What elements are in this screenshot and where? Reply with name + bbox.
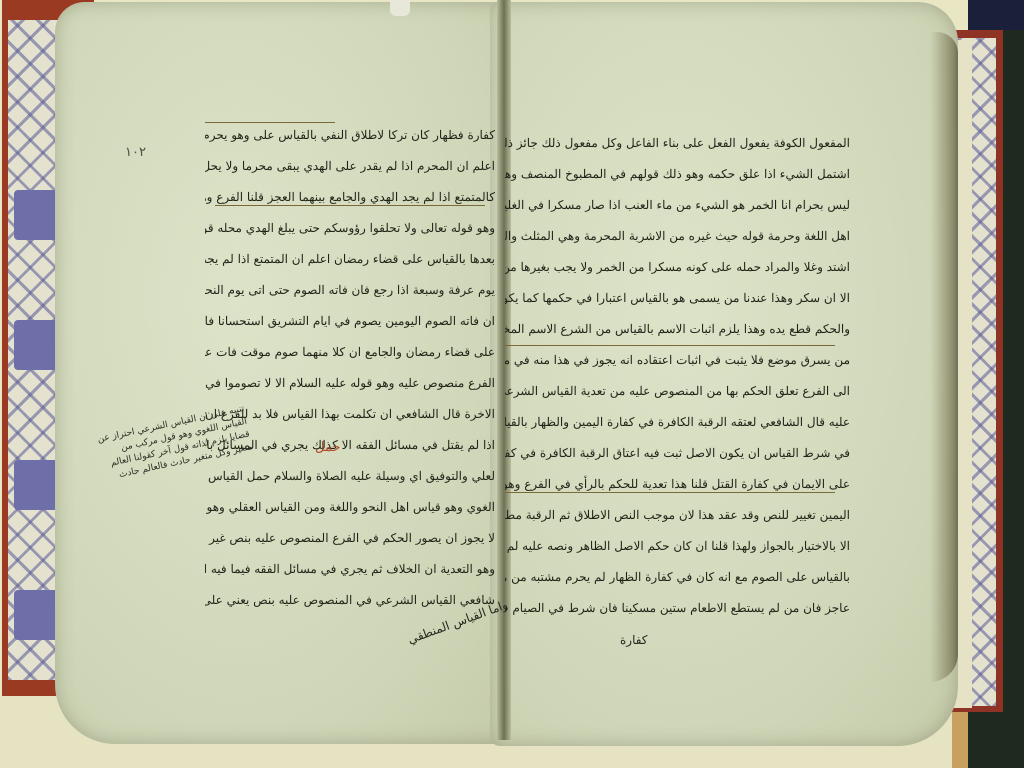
text-line: يوم عرفة وسبعة اذا رجع فان فاته الصوم حت… (205, 275, 495, 306)
text-line: كالمتمتع اذا لم يجد الهدي والجامع بينهما… (205, 182, 495, 213)
right-page-text: المفعول الكوفة يفعول الفعل على بناء الفا… (505, 128, 850, 624)
text-line: الغوي وهو قياس اهل النحو واللغة ومن القي… (205, 492, 495, 523)
rule-line (205, 122, 335, 123)
text-line: وهو قوله تعالى ولا تحلقوا رؤوسكم حتى يبل… (205, 213, 495, 244)
text-line: بعدها بالقياس على قضاء رمضان اعلم ان الم… (205, 244, 495, 275)
text-line: اليمين تغيير للنص وقد عقد هذا لان موجب ا… (505, 500, 850, 531)
text-line: اعلم ان المحرم اذا لم يقدر على الهدي يبق… (205, 151, 495, 182)
text-line: على قضاء رمضان والجامع ان كلا منهما صوم … (205, 337, 495, 368)
text-line: الا بالاختيار بالجواز ولهذا قلنا ان كان … (505, 531, 850, 562)
red-ink-word: حمل (315, 440, 340, 455)
text-line: ليس بحرام انا الخمر هو الشيء من ماء العن… (505, 190, 850, 221)
rule-line (215, 205, 485, 206)
text-line: عاجز فان من لم يستطع الاطعام ستين مسكينا… (505, 593, 850, 624)
text-line: شافعي القياس الشرعي في المنصوص عليه بنص … (205, 585, 495, 616)
text-line: اشتد وغلا والمراد حمله على كونه مسكرا من… (505, 252, 850, 283)
text-line: الاخرة قال الشافعي ان تكلمت بهذا القياس … (205, 399, 495, 430)
dark-background-top (968, 0, 1024, 30)
text-line: الفرع منصوص عليه وهو قوله عليه السلام ال… (205, 368, 495, 399)
text-line: الى الفرع تعلق الحكم بها من المنصوص عليه… (505, 376, 850, 407)
text-line: على الايمان في كفارة القتل قلنا هذا تعدي… (505, 469, 850, 500)
text-line: عليه قال الشافعي لعتقه الرقبة الكافرة في… (505, 407, 850, 438)
text-line: ان فاته الصوم اليومين يصوم في ايام التشر… (205, 306, 495, 337)
text-line: اشتمل الشيء اذا علق حكمه وهو ذلك قولهم ف… (505, 159, 850, 190)
text-line: في شرط القياس ان يكون الاصل ثبت فيه اعتا… (505, 438, 850, 469)
text-line: اهل اللغة وحرمة قوله حيث غيره من الاشربة… (505, 221, 850, 252)
text-line: الا ان سكر وهذا عندنا من يسمى هو بالقياس… (505, 283, 850, 314)
text-line: لا يجوز ان يصور الحكم في الفرع المنصوص ع… (205, 523, 495, 554)
text-line: بالقياس على الصوم مع انه كان في كفارة ال… (505, 562, 850, 593)
text-line: من يسرق موضع فلا يثبت في اثبات اعتقاده ا… (505, 345, 850, 376)
bookmark-strip (390, 0, 410, 16)
right-catchword: كفارة (620, 633, 648, 647)
text-line: وهو التعدية ان الخلاف ثم يجري في مسائل ا… (205, 554, 495, 585)
text-line: لعلي والتوفيق اي وسيلة عليه الصلاة والسل… (205, 461, 495, 492)
folio-mark: ١٠٢ (125, 145, 146, 160)
text-line: والحكم قطع يده وهذا يلزم اثبات الاسم بال… (505, 314, 850, 345)
text-line: المفعول الكوفة يفعول الفعل على بناء الفا… (505, 128, 850, 159)
text-line: كفارة فظهار كان تركا لاطلاق النفي بالقيا… (205, 120, 495, 151)
wooden-edge (952, 706, 968, 768)
left-page-text: كفارة فظهار كان تركا لاطلاق النفي بالقيا… (205, 120, 495, 616)
